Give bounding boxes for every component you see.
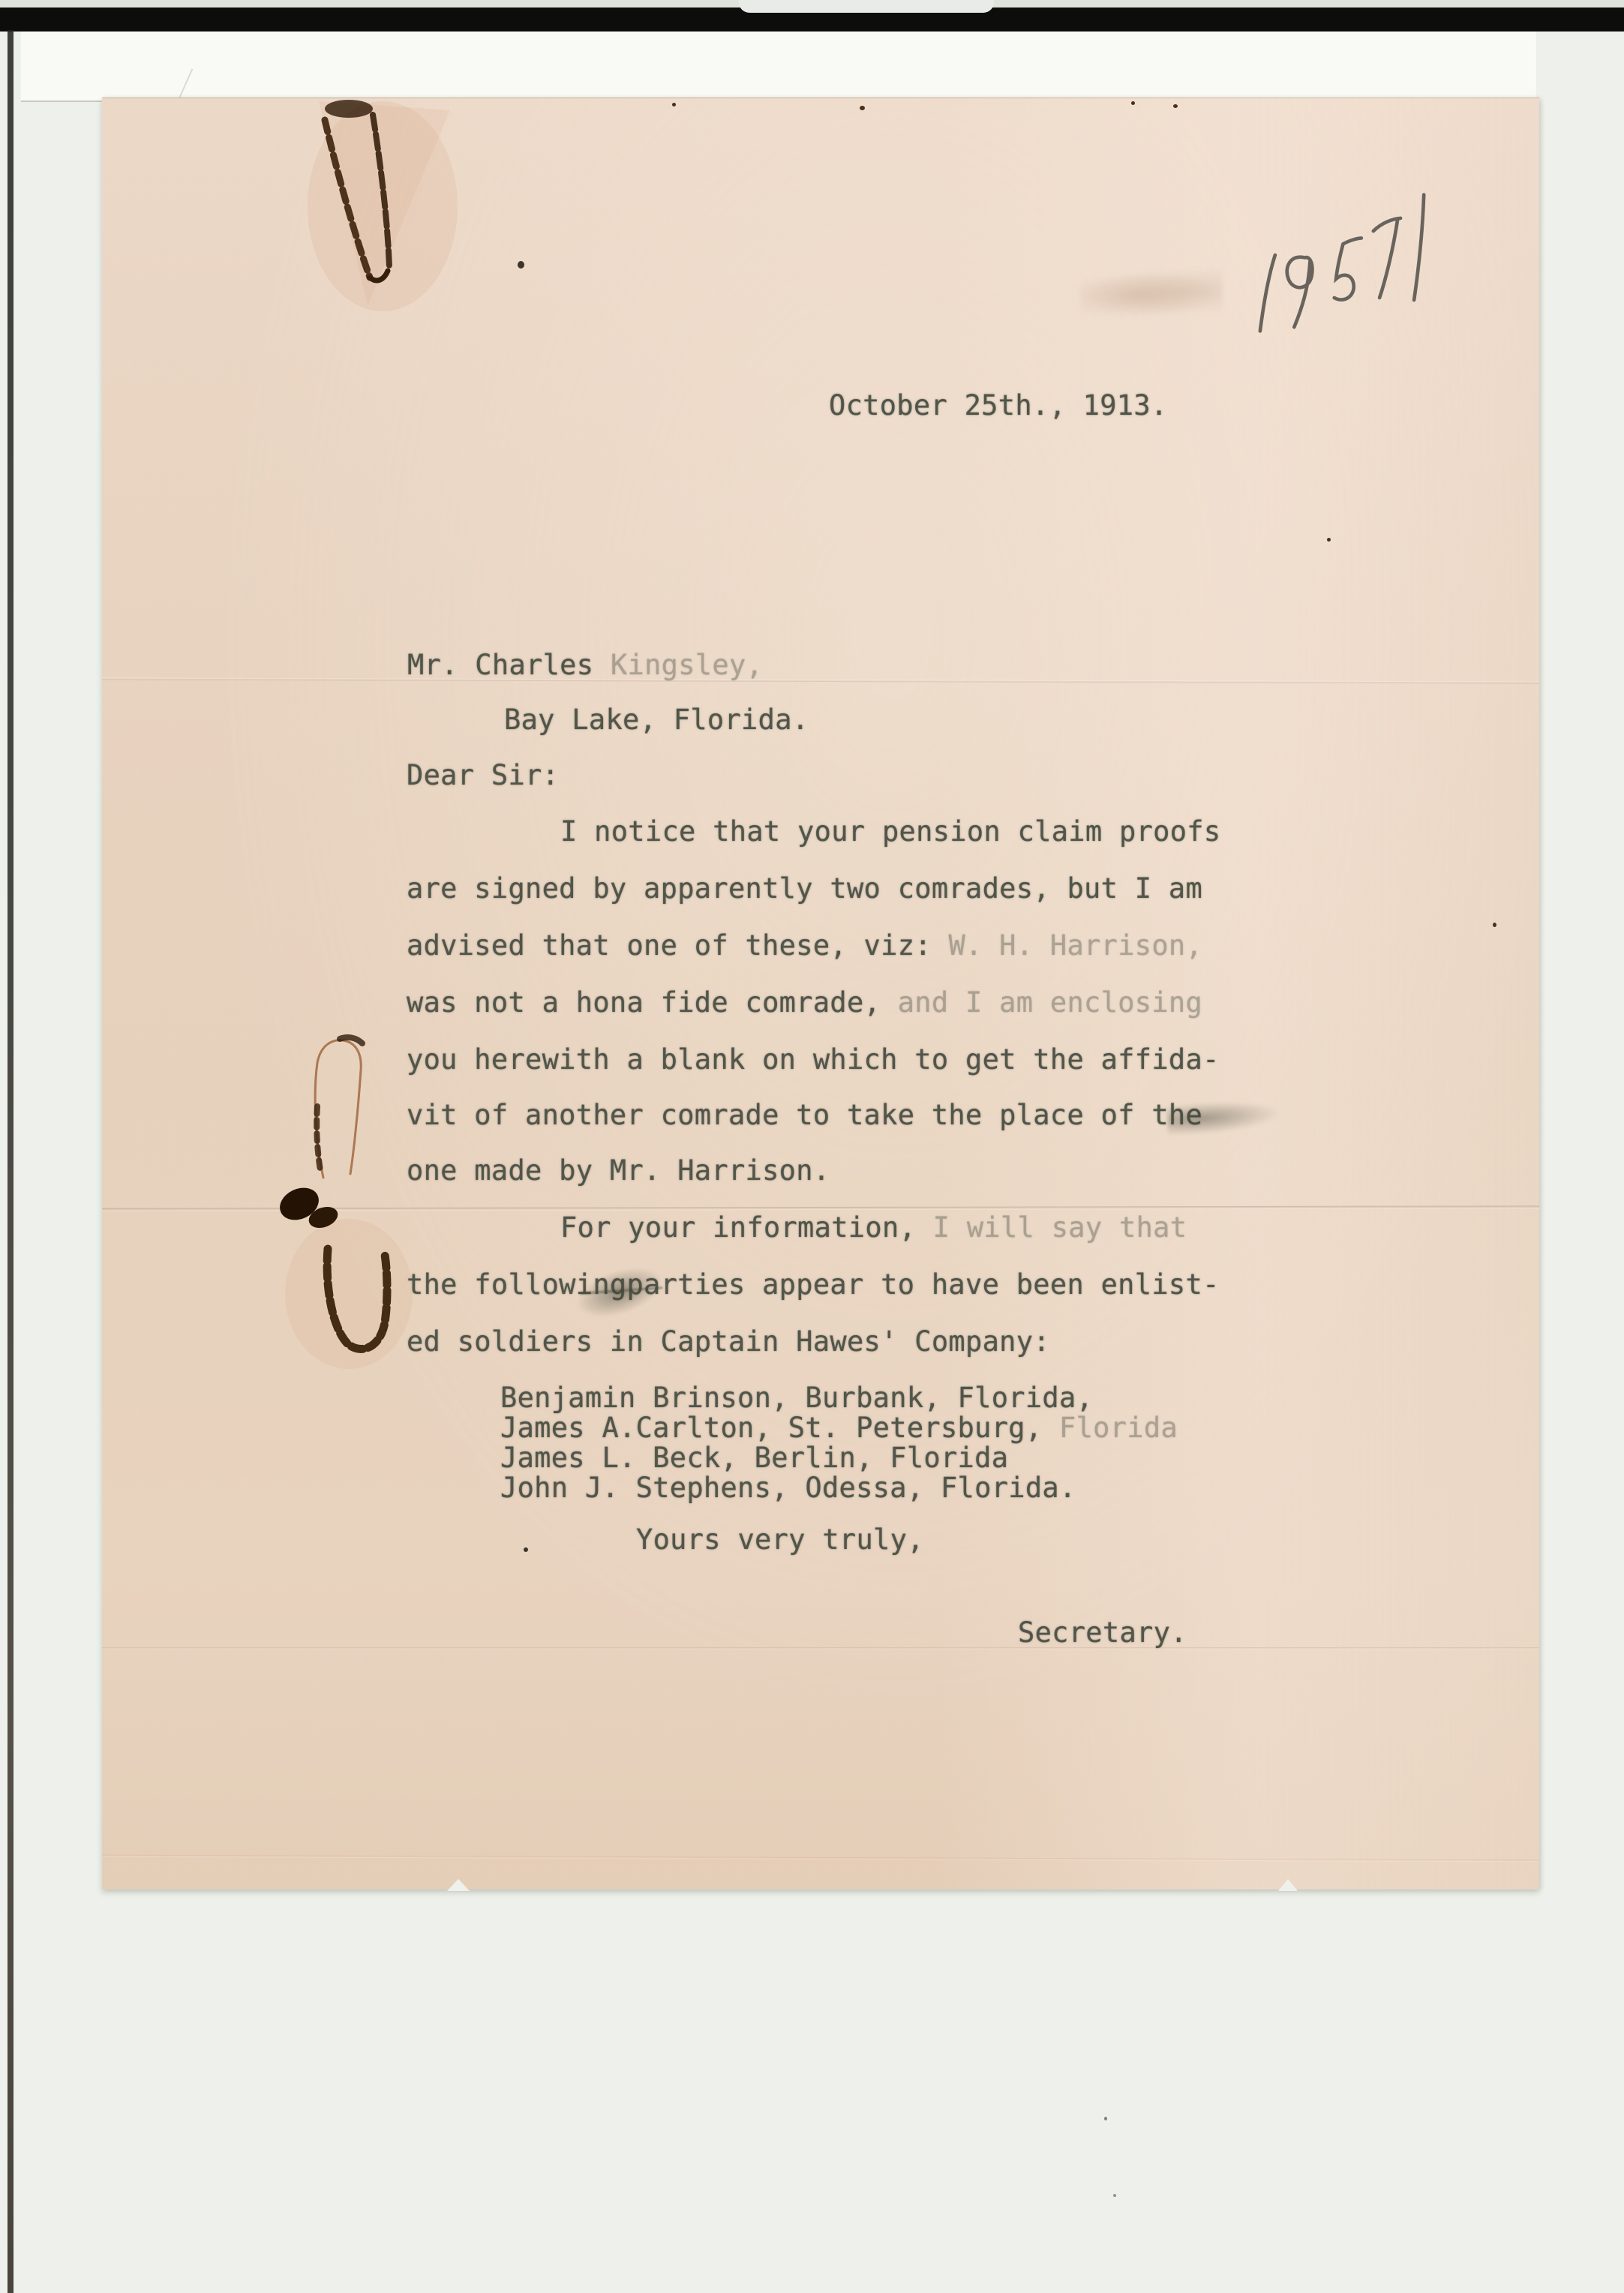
soldier-name: James L. Beck, Berlin, Florida [500,1444,1008,1472]
soldier-name: Benjamin Brinson, Burbank, Florida, [500,1384,1093,1412]
paper-edge-notch [447,1879,470,1891]
body-line: the followingparties appear to have been… [407,1271,1220,1298]
body-line: advised that one of these, viz: W. H. Ha… [407,932,1202,959]
ink-speck [1327,538,1331,542]
pencil-scratch [580,1286,662,1295]
handwritten-file-number: 19571 [1244,179,1448,342]
ink-speck [1493,923,1496,927]
body-line: one made by Mr. Harrison. [407,1157,830,1184]
fold-crease [102,1647,1539,1649]
soldier-name: John J. Stephens, Odessa, Florida. [500,1474,1076,1502]
date-line: October 25th., 1913. [829,392,1168,419]
plastic-sleeve-strip [21,32,1536,102]
fold-crease [102,677,1539,683]
ink-speck [518,261,524,269]
backing-sheet-bump [739,0,994,13]
salutation: Dear Sir: [407,761,559,789]
paper-edge-notch [1278,1879,1298,1891]
recipient-address: Bay Lake, Florida. [504,706,809,734]
body-line: I notice that your pension claim proofs [560,818,1220,845]
ink-speck [524,1547,528,1552]
signature-line: Secretary. [1018,1619,1187,1646]
scanner-left-edge [8,30,14,2293]
scanned-letter-page: October 25th., 1913.Mr. Charles Kingsley… [0,0,1624,2293]
closing-line: Yours very truly, [636,1526,924,1553]
body-line: vit of another comrade to take the place… [407,1101,1202,1129]
body-line: For your information, I will say that [560,1214,1187,1241]
fold-crease [102,1855,1539,1862]
soldier-name: James A.Carlton, St. Petersburg, Florida [500,1414,1178,1442]
dust-speck [1113,2194,1116,2197]
paperclip-rust-stain-top [296,94,469,319]
pencil-digits-19571 [1244,179,1448,342]
recipient-name: Mr. Charles Kingsley, [407,651,763,679]
body-line: are signed by apparently two comrades, b… [407,875,1202,902]
body-line: was not a hona fide comrade, and I am en… [407,989,1202,1016]
body-line: you herewith a blank on which to get the… [407,1046,1220,1073]
body-line: ed soldiers in Captain Hawes' Company: [407,1328,1050,1355]
bleed-through-stain [1079,269,1223,321]
dust-speck [1104,2117,1107,2120]
